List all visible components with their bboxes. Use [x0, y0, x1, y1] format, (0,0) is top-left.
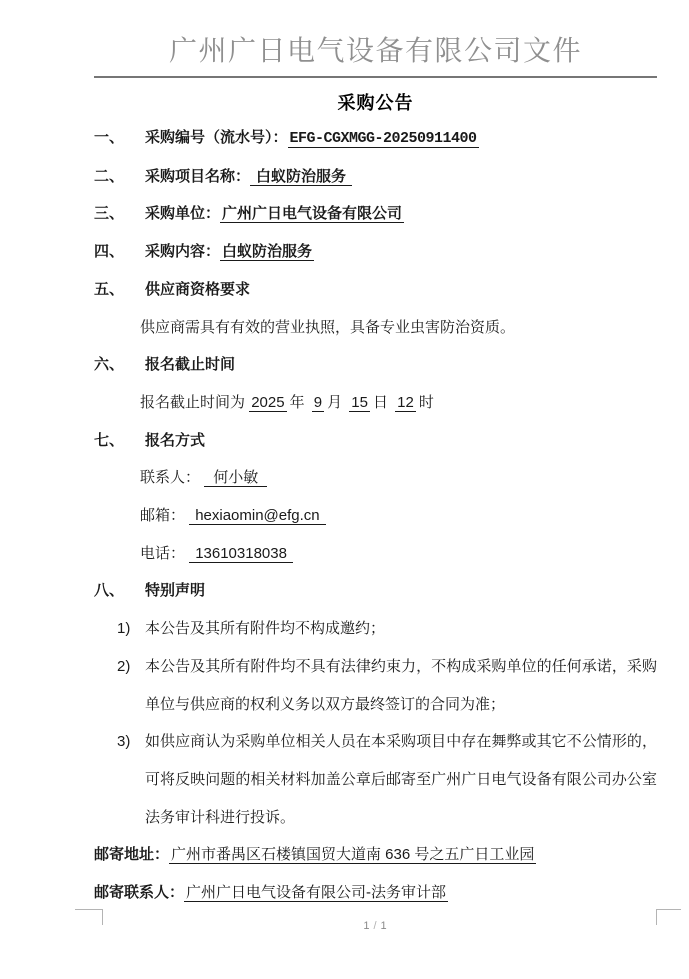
registration-deadline-body: 报名截止时间为 2025年 9月 15日 12时	[94, 384, 657, 422]
statement-note-2: 2) 本公告及其所有附件均不具有法律约束力，不构成采购单位的任何承诺，采购单位与…	[94, 648, 657, 723]
mailing-address-label: 邮寄地址：	[94, 846, 169, 863]
deadline-month-unit: 月	[327, 394, 342, 411]
item-ordinal: 二、	[94, 158, 145, 196]
note-text: 本公告及其所有附件均不构成邀约；	[145, 610, 657, 648]
item-procurement-number: 一、采购编号（流水号）：EFG-CGXMGG-20250911400	[94, 119, 657, 158]
item-label: 报名方式	[145, 432, 205, 449]
contact-person-row: 联系人： 何小敏	[94, 459, 657, 497]
item-ordinal: 一、	[94, 119, 145, 157]
deadline-year-unit: 年	[290, 394, 305, 411]
purchasing-unit-value: 广州广日电气设备有限公司	[220, 205, 404, 223]
page-number: 1/1	[94, 919, 657, 934]
mailing-contact-row: 邮寄联系人：广州广日电气设备有限公司-法务审计部	[94, 874, 657, 912]
current-page: 1	[363, 920, 370, 932]
procurement-content-value: 白蚁防治服务	[220, 243, 314, 261]
item-project-name: 二、采购项目名称：白蚁防治服务	[94, 158, 657, 196]
item-label: 供应商资格要求	[145, 281, 250, 298]
total-pages: 1	[381, 920, 388, 932]
document-body: 一、采购编号（流水号）：EFG-CGXMGG-20250911400 二、采购项…	[94, 119, 657, 912]
contact-phone-row: 电话： 13610318038	[94, 535, 657, 573]
statement-note-1: 1) 本公告及其所有附件均不构成邀约；	[94, 610, 657, 648]
statement-note-3: 3) 如供应商认为采购单位相关人员在本采购项目中存在舞弊或其它不公情形的，可将反…	[94, 723, 657, 836]
deadline-day: 15	[349, 394, 370, 412]
page-separator: /	[373, 920, 377, 932]
mailing-contact-value: 广州广日电气设备有限公司-法务审计部	[184, 884, 448, 902]
item-ordinal: 八、	[94, 572, 145, 610]
item-procurement-content: 四、采购内容：白蚁防治服务	[94, 233, 657, 271]
contact-phone-label: 电话：	[140, 545, 185, 562]
item-supplier-qualification-heading: 五、供应商资格要求	[94, 271, 657, 309]
mailing-address-row: 邮寄地址：广州市番禺区石楼镇国贸大道南 636 号之五广日工业园	[94, 836, 657, 874]
item-special-statement-heading: 八、特别声明	[94, 572, 657, 610]
note-number: 3)	[117, 723, 145, 836]
deadline-prefix: 报名截止时间为	[140, 394, 245, 411]
contact-email-row: 邮箱： hexiaomin@efg.cn	[94, 497, 657, 535]
text-boundary-mark-right	[656, 909, 681, 925]
mailing-address-value: 广州市番禺区石楼镇国贸大道南 636 号之五广日工业园	[169, 846, 536, 864]
mailing-contact-label: 邮寄联系人：	[94, 884, 184, 901]
supplier-qualification-body: 供应商需具有有效的营业执照，具备专业虫害防治资质。	[94, 309, 657, 347]
item-label: 采购项目名称：	[145, 168, 250, 185]
contact-person-value: 何小敏	[204, 469, 267, 487]
item-ordinal: 四、	[94, 233, 145, 271]
item-label: 采购内容：	[145, 243, 220, 260]
item-ordinal: 五、	[94, 271, 145, 309]
item-registration-method-heading: 七、报名方式	[94, 422, 657, 460]
deadline-hour-unit: 时	[419, 394, 434, 411]
contact-email-label: 邮箱：	[140, 507, 185, 524]
item-ordinal: 七、	[94, 422, 145, 460]
item-label: 特别声明	[145, 582, 205, 599]
contact-email-value: hexiaomin@efg.cn	[189, 507, 325, 525]
item-label: 采购编号（流水号）：	[145, 129, 288, 146]
note-text: 如供应商认为采购单位相关人员在本采购项目中存在舞弊或其它不公情形的，可将反映问题…	[145, 723, 657, 836]
item-label: 采购单位：	[145, 205, 220, 222]
document-page: 广州广日电气设备有限公司文件 采购公告 一、采购编号（流水号）：EFG-CGXM…	[0, 0, 689, 979]
deadline-hour: 12	[395, 394, 416, 412]
item-ordinal: 三、	[94, 195, 145, 233]
note-number: 1)	[117, 610, 145, 648]
item-label: 报名截止时间	[145, 356, 235, 373]
note-text: 本公告及其所有附件均不具有法律约束力，不构成采购单位的任何承诺，采购单位与供应商…	[145, 648, 657, 723]
procurement-number-value: EFG-CGXMGG-20250911400	[288, 130, 479, 148]
item-registration-deadline-heading: 六、报名截止时间	[94, 346, 657, 384]
note-number: 2)	[117, 648, 145, 723]
company-letterhead: 广州广日电气设备有限公司文件	[94, 38, 657, 66]
item-purchasing-unit: 三、采购单位：广州广日电气设备有限公司	[94, 195, 657, 233]
letterhead-divider	[94, 76, 657, 78]
contact-person-label: 联系人：	[140, 469, 200, 486]
document-title: 采购公告	[94, 93, 657, 115]
item-ordinal: 六、	[94, 346, 145, 384]
project-name-value: 白蚁防治服务	[250, 168, 352, 186]
deadline-month: 9	[312, 394, 324, 412]
deadline-year: 2025	[249, 394, 286, 412]
contact-phone-value: 13610318038	[189, 545, 293, 563]
deadline-day-unit: 日	[373, 394, 388, 411]
